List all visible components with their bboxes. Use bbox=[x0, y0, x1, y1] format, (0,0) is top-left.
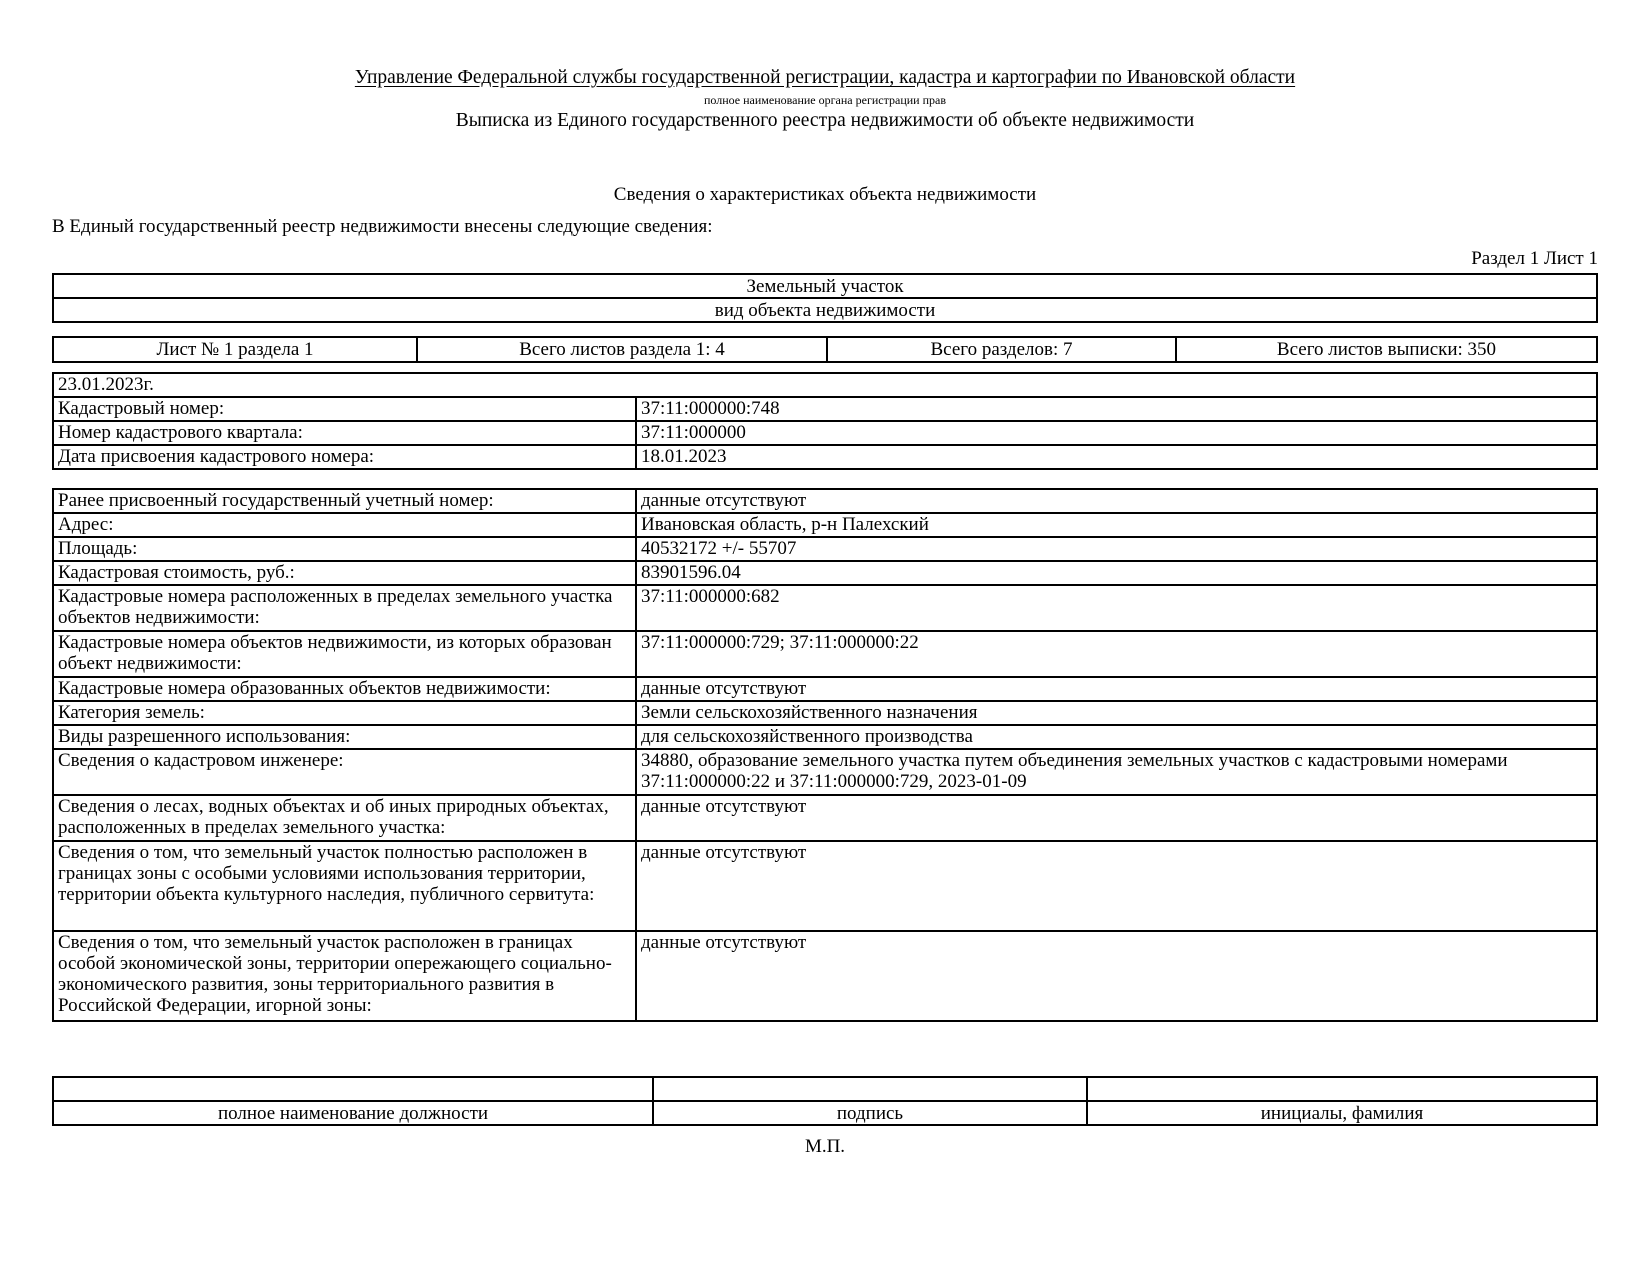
row-label: Сведения о кадастровом инженере: bbox=[53, 749, 636, 795]
row-value: 37:11:000000 bbox=[636, 421, 1597, 445]
table-row: Ранее присвоенный государственный учетны… bbox=[53, 489, 1597, 513]
table-row: Кадастровый номер: 37:11:000000:748 bbox=[53, 397, 1597, 421]
row-label: Ранее присвоенный государственный учетны… bbox=[53, 489, 636, 513]
sheet-number: Лист № 1 раздела 1 bbox=[53, 337, 417, 362]
table-row: Сведения о том, что земельный участок по… bbox=[53, 841, 1597, 931]
table-row: Кадастровые номера объектов недвижимости… bbox=[53, 631, 1597, 677]
table-row: Номер кадастрового квартала: 37:11:00000… bbox=[53, 421, 1597, 445]
total-sheets-extract: Всего листов выписки: 350 bbox=[1176, 337, 1597, 362]
row-label: Площадь: bbox=[53, 537, 636, 561]
signature-caption: подпись bbox=[653, 1101, 1087, 1125]
table-row: Виды разрешенного использования:для сель… bbox=[53, 725, 1597, 749]
object-kind-value: Земельный участок bbox=[53, 274, 1597, 298]
row-value: данные отсутствуют bbox=[636, 931, 1597, 1021]
row-label: Сведения о лесах, водных объектах и об и… bbox=[53, 795, 636, 841]
sheet-info-table: Лист № 1 раздела 1 Всего листов раздела … bbox=[52, 336, 1598, 363]
section-sheet-label: Раздел 1 Лист 1 bbox=[1471, 248, 1598, 270]
row-label: Кадастровые номера объектов недвижимости… bbox=[53, 631, 636, 677]
signature-field bbox=[653, 1077, 1087, 1101]
row-value: 37:11:000000:682 bbox=[636, 585, 1597, 631]
row-label: Дата присвоения кадастрового номера: bbox=[53, 445, 636, 469]
row-value: Ивановская область, р-н Палехский bbox=[636, 513, 1597, 537]
intro-text: В Единый государственный реестр недвижим… bbox=[52, 216, 713, 238]
table-row: Кадастровая стоимость, руб.:83901596.04 bbox=[53, 561, 1597, 585]
total-sheets-section: Всего листов раздела 1: 4 bbox=[417, 337, 827, 362]
stamp-label: М.П. bbox=[0, 1136, 1650, 1158]
total-sections: Всего разделов: 7 bbox=[827, 337, 1176, 362]
row-label: Номер кадастрового квартала: bbox=[53, 421, 636, 445]
name-field bbox=[1087, 1077, 1597, 1101]
row-value: для сельскохозяйственного производства bbox=[636, 725, 1597, 749]
row-label: Категория земель: bbox=[53, 701, 636, 725]
organization-caption: полное наименование органа регистрации п… bbox=[0, 93, 1650, 108]
row-value: данные отсутствуют bbox=[636, 795, 1597, 841]
section-title: Сведения о характеристиках объекта недви… bbox=[0, 184, 1650, 206]
row-value: данные отсутствуют bbox=[636, 841, 1597, 931]
row-label: Кадастровая стоимость, руб.: bbox=[53, 561, 636, 585]
object-kind-caption: вид объекта недвижимости bbox=[53, 298, 1597, 322]
row-value: данные отсутствуют bbox=[636, 677, 1597, 701]
row-value: 34880, образование земельного участка пу… bbox=[636, 749, 1597, 795]
table-row: Сведения о лесах, водных объектах и об и… bbox=[53, 795, 1597, 841]
table-row: Дата присвоения кадастрового номера: 18.… bbox=[53, 445, 1597, 469]
table-row: Категория земель:Земли сельскохозяйствен… bbox=[53, 701, 1597, 725]
position-caption: полное наименование должности bbox=[53, 1101, 653, 1125]
table-row: Площадь:40532172 +/- 55707 bbox=[53, 537, 1597, 561]
extract-date: 23.01.2023г. bbox=[53, 373, 1597, 397]
row-label: Кадастровые номера образованных объектов… bbox=[53, 677, 636, 701]
detail-info-table: Ранее присвоенный государственный учетны… bbox=[52, 488, 1598, 1022]
table-row: Сведения о кадастровом инженере:34880, о… bbox=[53, 749, 1597, 795]
name-caption: инициалы, фамилия bbox=[1087, 1101, 1597, 1125]
main-info-table: 23.01.2023г. Кадастровый номер: 37:11:00… bbox=[52, 372, 1598, 470]
row-value: 18.01.2023 bbox=[636, 445, 1597, 469]
row-value: 40532172 +/- 55707 bbox=[636, 537, 1597, 561]
row-label: Сведения о том, что земельный участок ра… bbox=[53, 931, 636, 1021]
table-row: Адрес:Ивановская область, р-н Палехский bbox=[53, 513, 1597, 537]
extract-title: Выписка из Единого государственного реес… bbox=[0, 110, 1650, 132]
table-row: Кадастровые номера образованных объектов… bbox=[53, 677, 1597, 701]
row-value: Земли сельскохозяйственного назначения bbox=[636, 701, 1597, 725]
row-value: 83901596.04 bbox=[636, 561, 1597, 585]
signature-table: полное наименование должности подпись ин… bbox=[52, 1076, 1598, 1126]
row-value: данные отсутствуют bbox=[636, 489, 1597, 513]
position-field bbox=[53, 1077, 653, 1101]
row-label: Виды разрешенного использования: bbox=[53, 725, 636, 749]
row-label: Адрес: bbox=[53, 513, 636, 537]
row-value: 37:11:000000:729; 37:11:000000:22 bbox=[636, 631, 1597, 677]
row-label: Кадастровые номера расположенных в преде… bbox=[53, 585, 636, 631]
row-value: 37:11:000000:748 bbox=[636, 397, 1597, 421]
object-kind-table: Земельный участок вид объекта недвижимос… bbox=[52, 273, 1598, 323]
table-row: Кадастровые номера расположенных в преде… bbox=[53, 585, 1597, 631]
table-row: Сведения о том, что земельный участок ра… bbox=[53, 931, 1597, 1021]
row-label: Сведения о том, что земельный участок по… bbox=[53, 841, 636, 931]
row-label: Кадастровый номер: bbox=[53, 397, 636, 421]
organization-name: Управление Федеральной службы государств… bbox=[0, 67, 1650, 89]
